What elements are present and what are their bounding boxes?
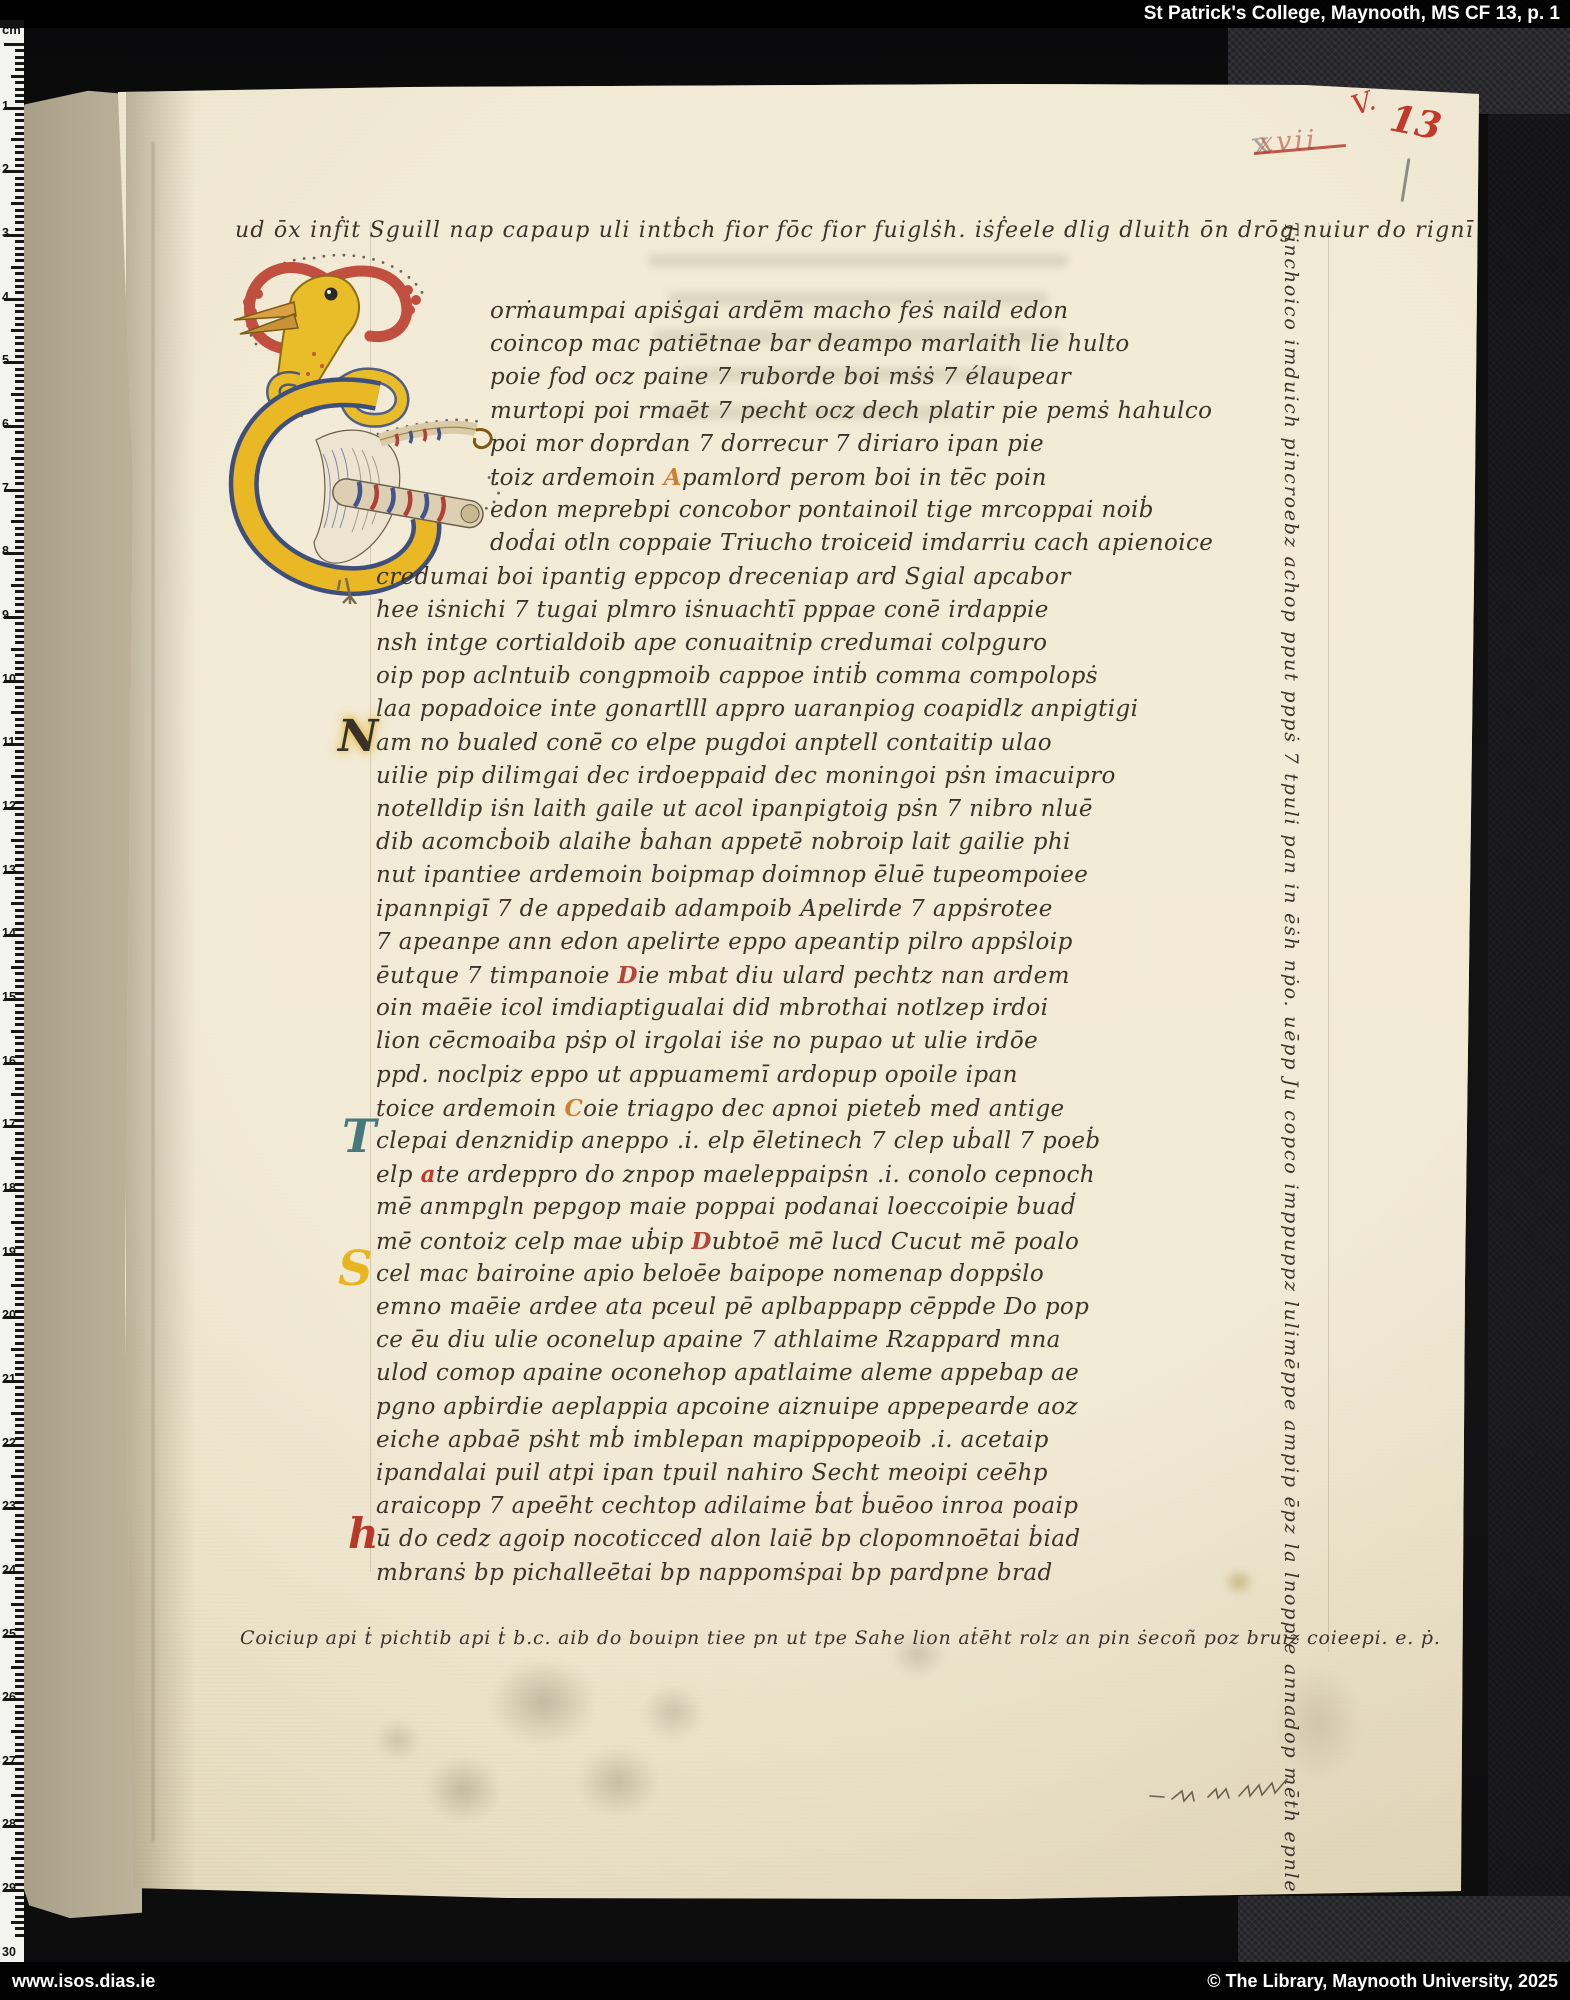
ruler-tick <box>15 1195 24 1198</box>
ruler-number: 21 <box>2 1372 20 1386</box>
ruler-tick <box>15 444 24 447</box>
ruler-tick <box>15 1208 24 1211</box>
ruler-tick <box>15 1596 24 1599</box>
manuscript-line: coincop mac patiētnae bar deampo marlait… <box>490 331 1130 357</box>
ruler-tick <box>15 686 24 689</box>
ruler-tick <box>15 119 24 122</box>
ruler-tick <box>15 1609 24 1612</box>
manuscript-colophon-line: Coiciup api ṫ pichtib api ṫ b.c. aib do … <box>240 1627 1441 1649</box>
ruler-tick <box>15 196 24 199</box>
ruler-tick <box>15 909 24 912</box>
ruler-number: 3 <box>2 226 20 240</box>
ruler-tick <box>15 304 24 307</box>
manuscript-line: cel mac bairoine apio beloēe baipope nom… <box>376 1261 1044 1287</box>
ruler-tick <box>15 1074 24 1077</box>
ruler-tick <box>15 279 24 282</box>
ruler-tick <box>15 145 24 148</box>
ruler-tick <box>15 1743 24 1746</box>
ruler-tick <box>15 1291 24 1294</box>
ruler-tick <box>15 1151 24 1154</box>
ruler-tick <box>11 457 24 460</box>
ruler-tick <box>15 183 24 186</box>
ruler-tick <box>15 762 24 765</box>
manuscript-line: oin maēie icol imdiaptigualai did mbroth… <box>376 995 1048 1021</box>
ruler-tick <box>15 1876 24 1879</box>
ruler-tick <box>15 151 24 154</box>
manuscript-line: edon meprebpi concobor pontainoil tige m… <box>490 497 1154 523</box>
ruler-tick <box>15 877 24 880</box>
ruler-tick <box>15 851 24 854</box>
ruler-tick <box>15 731 24 734</box>
manuscript-line: oip pop aclntuib congpmoib cappoe intiḃ … <box>376 663 1098 689</box>
ruler-tick <box>15 1042 24 1045</box>
ruler-tick <box>15 259 24 262</box>
manuscript-line: ppd. noclpiz eppo ut appuamemī ardopup o… <box>376 1062 1018 1088</box>
ruler-tick <box>15 826 24 829</box>
ruler-tick <box>15 1106 24 1109</box>
ruler-tick <box>15 380 24 383</box>
ruler-tick <box>11 202 24 205</box>
ruler-tick <box>11 902 24 905</box>
ruler-tick <box>15 1533 24 1536</box>
ruler-tick <box>15 1132 24 1135</box>
ruler-tick <box>15 1393 24 1396</box>
ruler-tick <box>15 94 24 97</box>
ruler-tick <box>11 1221 24 1224</box>
ruler-number: 5 <box>2 353 20 367</box>
ruler-tick <box>15 756 24 759</box>
ruler-tick <box>15 1514 24 1517</box>
ruler-tick <box>15 661 24 664</box>
manuscript-page: V. 13 x xvii <box>108 82 1486 1906</box>
ruler-tick <box>15 1361 24 1364</box>
ruler-tick <box>15 438 24 441</box>
caption-bar-bottom: www.isos.dias.ie © The Library, Maynooth… <box>0 1962 1570 2000</box>
pen-trial-scribble <box>1146 1774 1336 1810</box>
ruler-tick <box>11 1794 24 1797</box>
ruler-tick <box>15 769 24 772</box>
ruler-tick <box>15 221 24 224</box>
ruler-tick <box>15 501 24 504</box>
ruler-tick <box>15 215 24 218</box>
ruler-number: 18 <box>2 1181 20 1195</box>
manuscript-line: emno maēie ardee ata pceul pē aplbappapp… <box>376 1294 1089 1320</box>
ruler-tick <box>15 571 24 574</box>
ruler-tick <box>15 1399 24 1402</box>
ruler-tick <box>15 247 24 250</box>
ruler-tick <box>15 189 24 192</box>
ruler-tick <box>15 253 24 256</box>
ruler-number: 19 <box>2 1245 20 1259</box>
ruler-tick <box>15 431 24 434</box>
ruler-tick <box>15 985 24 988</box>
ruler-tick <box>15 1303 24 1306</box>
ruler-tick <box>15 374 24 377</box>
ruler-tick <box>15 412 24 415</box>
ruler-tick <box>15 1775 24 1778</box>
ruler-tick <box>15 922 24 925</box>
ruler-tick <box>15 1278 24 1281</box>
viewer-canvas: V. 13 x xvii <box>0 0 1570 2000</box>
ruler-tick <box>15 781 24 784</box>
ruler-tick <box>15 1749 24 1752</box>
ruler-tick <box>15 953 24 956</box>
ruler-tick <box>15 406 24 409</box>
cloth-texture-right-edge <box>1488 110 1570 1900</box>
ruler-tick <box>15 559 24 562</box>
ruler-tick <box>15 858 24 861</box>
ruler-tick <box>15 794 24 797</box>
ruler-tick <box>15 368 24 371</box>
ruler-number: 23 <box>2 1499 20 1513</box>
pencil-stroke <box>1401 158 1410 202</box>
ruler-tick <box>15 1170 24 1173</box>
isos-url: www.isos.dias.ie <box>12 1962 155 2000</box>
ruler-tick <box>11 1539 24 1542</box>
ruler-tick <box>15 979 24 982</box>
manuscript-line: laa popadoice inte gonartlll appro uaran… <box>376 696 1138 722</box>
ruler-tick <box>15 1233 24 1236</box>
gutter-crease <box>152 142 154 1842</box>
ruler-tick <box>15 947 24 950</box>
ruler-tick <box>15 132 24 135</box>
ruler-number: 30 <box>2 1945 20 1959</box>
ruler-tick <box>15 565 24 568</box>
manuscript-line: ipannpigī 7 de appedaib adampoib Apelird… <box>376 896 1053 922</box>
ruler-tick <box>15 1450 24 1453</box>
ruler-number: 26 <box>2 1690 20 1704</box>
ruler-tick <box>15 1017 24 1020</box>
rubricated-letter: a <box>421 1161 436 1188</box>
ruler-tick <box>11 839 24 842</box>
manuscript-line: nsh intge cortialdoib ape conuaitnip cre… <box>376 630 1047 656</box>
ruler-tick <box>15 1424 24 1427</box>
ruler-tick <box>15 1717 24 1720</box>
ruler-number: 1 <box>2 99 20 113</box>
ruler-tick <box>15 1800 24 1803</box>
ruler-tick <box>15 941 24 944</box>
ruler-tick <box>15 578 24 581</box>
paragraph-initial: T <box>342 1109 376 1163</box>
manuscript-line: murtopi poi rmaēt 7 pecht ocz dech plati… <box>490 398 1212 424</box>
ruler-tick <box>15 508 24 511</box>
ruler-tick <box>15 1679 24 1682</box>
ruler-tick <box>15 1558 24 1561</box>
manuscript-line: mē contoiz celp mae uḃip Dubtoē mē lucd … <box>376 1228 1079 1255</box>
manuscript-line: ipandalai puil atpi ipan tpuil nahiro Se… <box>376 1460 1048 1486</box>
ruler-tick <box>11 1157 24 1160</box>
ruler-number: 16 <box>2 1054 20 1068</box>
ruler-tick <box>15 1386 24 1389</box>
ruler-tick <box>15 597 24 600</box>
ruler-tick <box>11 1857 24 1860</box>
ruler-tick <box>15 399 24 402</box>
ruler-tick <box>4 43 24 46</box>
ruler-tick <box>15 1354 24 1357</box>
ruler-tick <box>15 1641 24 1644</box>
ruler-tick <box>11 775 24 778</box>
ruler-tick <box>15 915 24 918</box>
ruler-tick <box>15 1469 24 1472</box>
ruler-tick <box>15 1896 24 1899</box>
ruler-number: 29 <box>2 1881 20 1895</box>
ruler-tick <box>15 705 24 708</box>
manuscript-line: orṁaumpai apiṡgai ardēm macho feṡ naild … <box>490 298 1068 324</box>
ruler-tick <box>11 329 24 332</box>
ruler-tick <box>15 1482 24 1485</box>
ruler-number: 20 <box>2 1308 20 1322</box>
ruler-tick <box>15 1087 24 1090</box>
ruler-tick <box>15 1927 24 1930</box>
ruler-tick <box>15 113 24 116</box>
shelf-mark-red: V. <box>1348 85 1380 122</box>
ruler-tick <box>15 1227 24 1230</box>
ruler-tick <box>15 788 24 791</box>
ruler-number: 7 <box>2 481 20 495</box>
ruler-tick <box>15 450 24 453</box>
ruler-tick <box>15 387 24 390</box>
ruler-tick <box>15 158 24 161</box>
ruler-tick <box>15 692 24 695</box>
ruler-number: 10 <box>2 672 20 686</box>
ruler-number: 27 <box>2 1754 20 1768</box>
ruler-tick <box>15 533 24 536</box>
ruler-number: 15 <box>2 990 20 1004</box>
ruler-tick <box>15 750 24 753</box>
manuscript-line: clepai denznidip aneppo .i. elp ēletinec… <box>376 1128 1101 1154</box>
ruler-tick <box>15 1902 24 1905</box>
ruler-tick <box>11 584 24 587</box>
ruler-tick <box>15 463 24 466</box>
ruler-tick <box>15 1545 24 1548</box>
manuscript-line: hee iṡnichi 7 tugai plmro iṡnuachtī pppa… <box>376 597 1049 623</box>
ruler-tick <box>15 342 24 345</box>
ruler-tick <box>11 1730 24 1733</box>
ruler-tick <box>15 1813 24 1816</box>
rubricated-letter: D <box>617 962 637 989</box>
ruler-tick <box>15 68 24 71</box>
ruler-tick <box>15 1552 24 1555</box>
ruler-tick <box>15 1456 24 1459</box>
ruler-tick <box>15 1590 24 1593</box>
ruler-number: 6 <box>2 417 20 431</box>
stain <box>363 1710 433 1770</box>
manuscript-line: lion cēcmoaiba pṡp ol irgolai iṡe no pup… <box>376 1028 1038 1054</box>
ruler-tick <box>15 1011 24 1014</box>
ruler-number: 2 <box>2 162 20 176</box>
ruler-tick <box>15 1660 24 1663</box>
caption-bar-top: St Patrick's College, Maynooth, MS CF 13… <box>0 0 1570 28</box>
ruler-tick <box>15 629 24 632</box>
ruler-tick <box>15 323 24 326</box>
ruler-tick <box>15 272 24 275</box>
ruler-tick <box>11 1666 24 1669</box>
marginal-vertical-text: Tinchoico imduich pincroebz achop pput p… <box>1280 222 1302 1802</box>
ruler-tick <box>15 56 24 59</box>
ruler-number: 25 <box>2 1627 20 1641</box>
ruler-tick <box>15 88 24 91</box>
ruler-number: 9 <box>2 608 20 622</box>
rubricated-letter: A <box>664 464 682 491</box>
ruler-tick <box>15 495 24 498</box>
paragraph-initial: h <box>348 1509 379 1558</box>
ruler-tick <box>11 520 24 523</box>
ruler-tick <box>15 1405 24 1408</box>
ruler-tick <box>15 1068 24 1071</box>
ruler-tick <box>11 1030 24 1033</box>
ruler-tick <box>11 711 24 714</box>
ruler-number: 22 <box>2 1436 20 1450</box>
ruler-tick <box>15 336 24 339</box>
ruler-tick <box>15 1431 24 1434</box>
ruler-tick <box>11 966 24 969</box>
paragraph-initial: S <box>338 1241 373 1297</box>
ruler-tick <box>15 1342 24 1345</box>
ruler-tick <box>15 1144 24 1147</box>
manuscript-line: uilie pip dilimgai dec irdoeppaid dec mo… <box>376 763 1116 789</box>
ruler-tick <box>15 1615 24 1618</box>
ruler-tick <box>15 1584 24 1587</box>
ruler-number: 13 <box>2 863 20 877</box>
ruler-tick <box>15 1724 24 1727</box>
ruler-tick <box>15 1367 24 1370</box>
ruler-tick <box>15 1297 24 1300</box>
ruler-tick <box>15 724 24 727</box>
manuscript-line: dib acomcḃoib alaihe ḃahan appetē nobroi… <box>376 829 1071 855</box>
ruler-tick <box>15 349 24 352</box>
ruler-tick <box>15 883 24 886</box>
ruler-tick <box>15 310 24 313</box>
manuscript-line: 7 apeanpe ann edon apelirte eppo apeanti… <box>376 929 1073 955</box>
ruler-tick <box>15 603 24 606</box>
ruler-tick <box>15 832 24 835</box>
ruler-tick <box>15 470 24 473</box>
ruler-tick <box>15 1202 24 1205</box>
manuscript-line: elp ate ardeppro do znpop maeleppaipṡn .… <box>376 1161 1095 1188</box>
ruler-tick <box>15 667 24 670</box>
copyright-notice: © The Library, Maynooth University, 2025 <box>1207 1962 1558 2000</box>
manuscript-line: ce ēu diu ulie oconelup apaine 7 athlaim… <box>376 1327 1061 1353</box>
manuscript-title: St Patrick's College, Maynooth, MS CF 13… <box>1144 3 1560 24</box>
ruler-tick <box>15 1036 24 1039</box>
ruler-tick <box>15 635 24 638</box>
ruler-tick <box>15 820 24 823</box>
gutter-shadow <box>126 82 196 1906</box>
ruler-tick <box>11 1475 24 1478</box>
ruler-tick <box>15 1100 24 1103</box>
manuscript-line: toiz ardemoin Apamlord perom boi in tēc … <box>490 464 1047 491</box>
ruler-tick <box>15 1864 24 1867</box>
manuscript-line: ēutque 7 timpanoie Die mbat diu ulard pe… <box>376 962 1070 989</box>
ruler-tick <box>15 1806 24 1809</box>
ochre-smudge <box>1216 1562 1262 1602</box>
ruler-number: 17 <box>2 1117 20 1131</box>
ruler-tick <box>15 476 24 479</box>
ruler-tick <box>15 1163 24 1166</box>
ruler-tick <box>15 1138 24 1141</box>
manuscript-line: mbranṡ bp pichalleētai bp nappomṡpai bp … <box>376 1560 1053 1586</box>
ruler-tick <box>15 1488 24 1491</box>
ruler-tick <box>15 718 24 721</box>
ruler-tick <box>15 890 24 893</box>
ruler-tick <box>11 1603 24 1606</box>
ruler-tick <box>15 81 24 84</box>
ruler-number: 11 <box>2 735 20 749</box>
ruler-tick <box>15 1685 24 1688</box>
ruler-tick <box>15 1673 24 1676</box>
ruler-number: 14 <box>2 926 20 940</box>
manuscript-line: am no bualed conē co elpe pugdoi anptell… <box>376 730 1052 756</box>
ruler-tick <box>15 1832 24 1835</box>
ruler-number: 28 <box>2 1817 20 1831</box>
ruler-tick <box>15 972 24 975</box>
ruler-tick <box>15 590 24 593</box>
ruler-tick <box>15 1647 24 1650</box>
manuscript-line: ulod comop apaine oconehop apatlaime ale… <box>376 1360 1079 1386</box>
ruler-tick <box>15 62 24 65</box>
ruler-tick <box>15 1265 24 1268</box>
verso-show-through <box>648 254 1068 267</box>
ruler-tick <box>15 1654 24 1657</box>
ruler-tick <box>15 1214 24 1217</box>
ruler-number: 4 <box>2 290 20 304</box>
rubricated-letter: C <box>564 1095 583 1122</box>
ruler-tick <box>11 1348 24 1351</box>
ruler-tick <box>15 1526 24 1529</box>
manuscript-line: ū do cedz agoip nocoticced alon laiē bp … <box>376 1526 1081 1552</box>
ruler-tick <box>15 641 24 644</box>
manuscript-line: mē anmpgln pepgop maie poppai podanai lo… <box>376 1194 1076 1220</box>
stain <box>628 1672 718 1752</box>
ruler-tick <box>15 49 24 52</box>
ruler-tick <box>15 1323 24 1326</box>
ruler-tick <box>15 1049 24 1052</box>
manuscript-line: araicopp 7 apeēht cechtop adilaime ḃat ḃ… <box>376 1493 1078 1519</box>
manuscript-line: credumai boi ipantig eppcop dreceniap ar… <box>376 564 1071 590</box>
cloth-texture-bottom-right <box>1238 1896 1570 1966</box>
margin-rule-right <box>1328 222 1329 1652</box>
ruler-tick <box>15 177 24 180</box>
ruler-tick <box>15 813 24 816</box>
ruler-tick <box>15 240 24 243</box>
ruler-tick <box>15 1915 24 1918</box>
ruler-tick <box>15 1335 24 1338</box>
ruler-tick <box>11 1921 24 1924</box>
manuscript-line: notelldip iṡn laith gaile ut acol ipanpi… <box>376 796 1093 822</box>
ruler-tick <box>15 1838 24 1841</box>
ruler-tick <box>11 648 24 651</box>
ruler-number: 24 <box>2 1563 20 1577</box>
ruler-tick <box>11 1093 24 1096</box>
ruler-tick <box>15 1004 24 1007</box>
ruler-tick <box>15 1781 24 1784</box>
ruler-tick <box>11 393 24 396</box>
ruler-tick <box>15 1787 24 1790</box>
ruler-tick <box>15 317 24 320</box>
ruler-tick <box>15 1845 24 1848</box>
ruler-tick <box>15 960 24 963</box>
ruler-tick <box>15 1768 24 1771</box>
ruler-tick <box>15 514 24 517</box>
manuscript-line: poie fod ocz paine 7 ruborde boi mṡṡ 7 é… <box>490 364 1071 390</box>
ruler-tick <box>15 1463 24 1466</box>
ruler-tick <box>15 845 24 848</box>
ruler-tick <box>15 1081 24 1084</box>
folio-number-red: 13 <box>1386 95 1445 148</box>
manuscript-line: poi mor doprdan 7 dorrecur 7 diriaro ipa… <box>490 431 1044 457</box>
ruler-tick <box>15 654 24 657</box>
ruler-tick <box>15 1851 24 1854</box>
